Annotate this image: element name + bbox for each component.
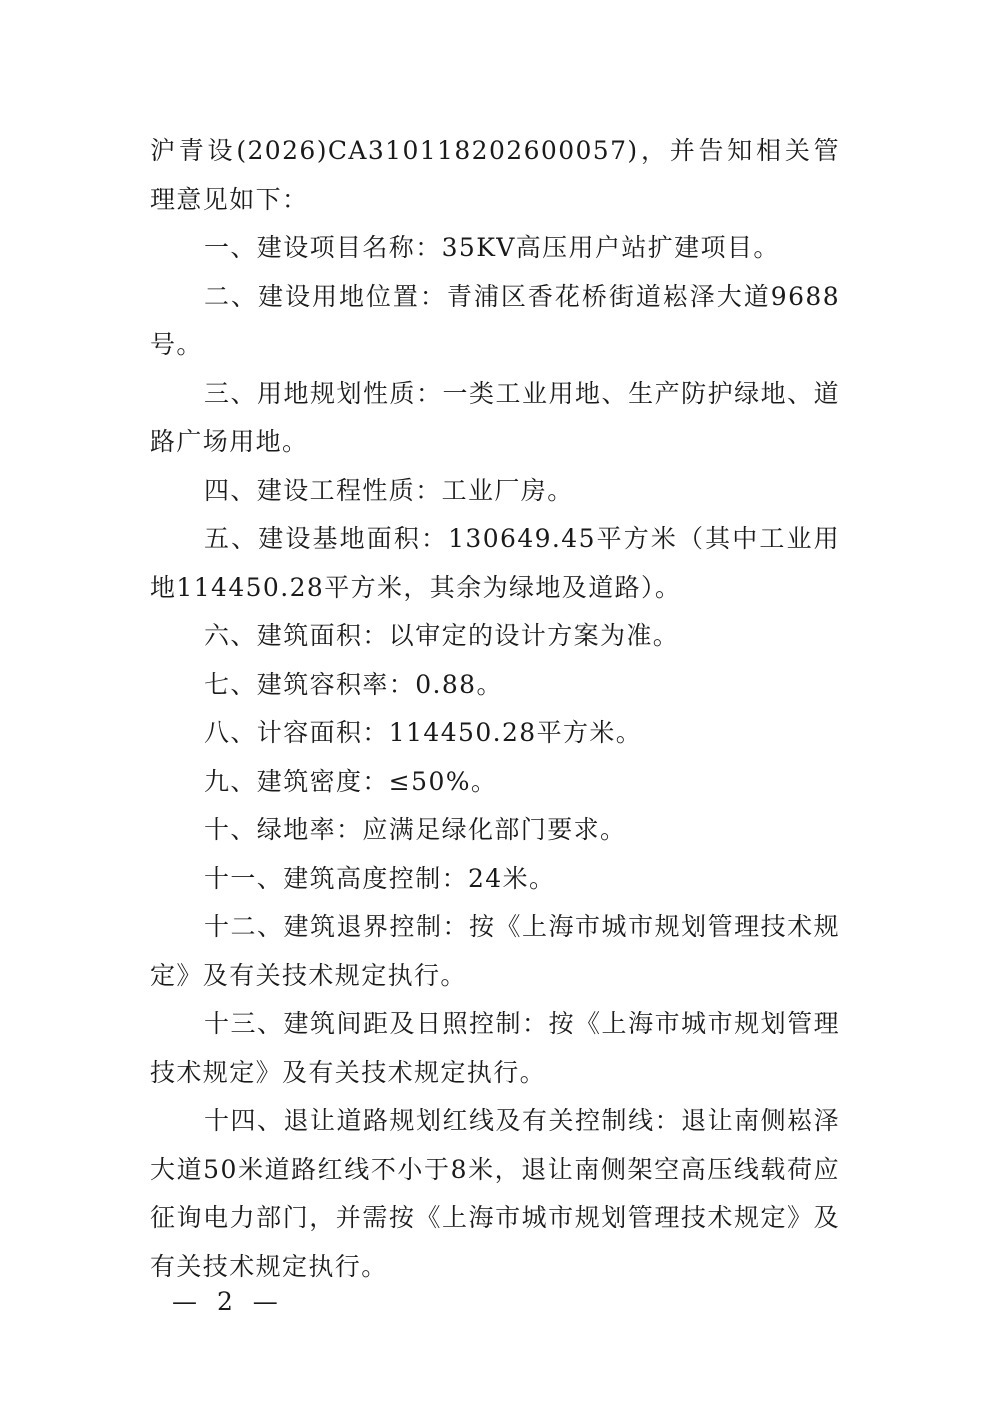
item-height-control: 十一、建筑高度控制：24米。	[150, 855, 840, 904]
item-spacing-sunlight-control: 十三、建筑间距及日照控制：按《上海市城市规划管理技术规定》及有关技术规定执行。	[150, 1000, 840, 1097]
item-construction-nature: 四、建设工程性质：工业厂房。	[150, 467, 840, 516]
item-site-location: 二、建设用地位置：青浦区香花桥街道崧泽大道9688号。	[150, 273, 840, 370]
item-land-use: 三、用地规划性质：一类工业用地、生产防护绿地、道路广场用地。	[150, 370, 840, 467]
item-counted-area: 八、计容面积：114450.28平方米。	[150, 709, 840, 758]
page-number: — 2 —	[172, 1282, 284, 1322]
document-body: 沪青设(2026)CA310118202600057)，并告知相关管理意见如下：…	[150, 127, 840, 1291]
item-building-density: 九、建筑密度：≤50%。	[150, 758, 840, 807]
item-floor-area-ratio: 七、建筑容积率：0.88。	[150, 661, 840, 710]
paragraph-intro: 沪青设(2026)CA310118202600057)，并告知相关管理意见如下：	[150, 127, 840, 224]
item-site-area: 五、建设基地面积：130649.45平方米（其中工业用地114450.28平方米…	[150, 515, 840, 612]
item-project-name: 一、建设项目名称：35KV高压用户站扩建项目。	[150, 224, 840, 273]
item-road-redline-setback: 十四、退让道路规划红线及有关控制线：退让南侧崧泽大道50米道路红线不小于8米，退…	[150, 1097, 840, 1291]
item-building-area: 六、建筑面积：以审定的设计方案为准。	[150, 612, 840, 661]
item-setback-control: 十二、建筑退界控制：按《上海市城市规划管理技术规定》及有关技术规定执行。	[150, 903, 840, 1000]
item-green-ratio: 十、绿地率：应满足绿化部门要求。	[150, 806, 840, 855]
